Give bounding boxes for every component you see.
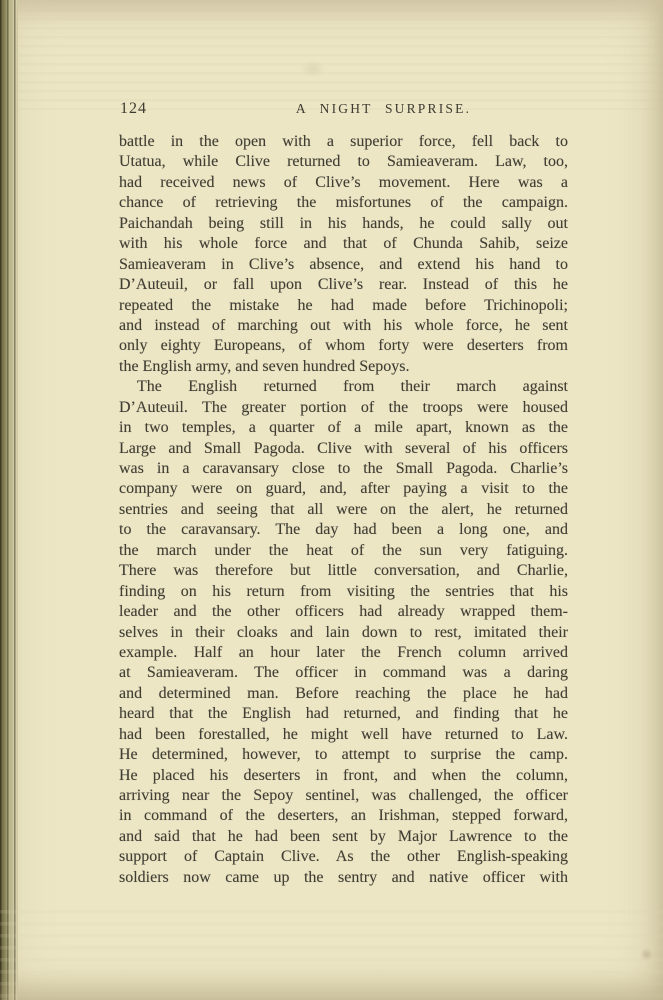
text-line: company were on guard, and, after paying… [119,479,568,499]
text-line: sentries and seeing that all were on the… [119,500,568,520]
text-line: and said that he had been sent by Major … [119,827,568,847]
text-line: had been forestalled, he might well have… [119,725,568,745]
text-line: Large and Small Pagoda. Clive with sever… [119,439,568,459]
text-line: He determined, however, to attempt to su… [119,745,568,765]
page-header: 124 A NIGHT SURPRISE. [0,100,663,122]
text-line: arriving near the Sepoy sentinel, was ch… [119,786,568,806]
book-gutter-shadow [0,0,18,1000]
text-line: and determined man. Before reaching the … [119,684,568,704]
text-line: chance of retrieving the misfortunes of … [119,193,568,213]
text-line: The English returned from their march ag… [119,377,568,397]
text-line: the English army, and seven hundred Sepo… [119,357,568,377]
text-line: had received news of Clive’s movement. H… [119,173,568,193]
text-line: leader and the other officers had alread… [119,602,568,622]
text-line: Samieaveram in Clive’s absence, and exte… [119,255,568,275]
text-line: and instead of marching out with his who… [119,316,568,336]
text-line: selves in their cloaks and lain down to … [119,623,568,643]
text-line: He placed his deserters in front, and wh… [119,766,568,786]
paper-blemish [640,948,653,961]
text-line: D’Auteuil. The greater portion of the tr… [119,398,568,418]
text-line: battle in the open with a superior force… [119,132,568,152]
text-line: at Samieaveram. The officer in command w… [119,663,568,683]
text-line: D’Auteuil, or fall upon Clive’s rear. In… [119,275,568,295]
text-line: Utatua, while Clive returned to Samieave… [119,152,568,172]
text-line: finding on his return from visiting the … [119,582,568,602]
text-line: to the caravansary. The day had been a l… [119,520,568,540]
text-line: soldiers now came up the sentry and nati… [119,868,568,888]
text-line: in two temples, a quarter of a mile apar… [119,418,568,438]
text-line: repeated the mistake he had made before … [119,296,568,316]
text-line: was in a caravansary close to the Small … [119,459,568,479]
text-line: in command of the deserters, an Irishman… [119,806,568,826]
text-line: the march under the heat of the sun very… [119,541,568,561]
page-body: battle in the open with a superior force… [119,132,568,888]
paragraph: battle in the open with a superior force… [119,132,568,377]
text-line: Paichandah being still in his hands, he … [119,214,568,234]
paper-blemish [300,60,326,78]
paragraph: The English returned from their march ag… [119,377,568,888]
running-head: A NIGHT SURPRISE. [104,101,663,117]
text-line: There was therefore but little conversat… [119,561,568,581]
text-line: with his whole force and that of Chunda … [119,234,568,254]
text-line: heard that the English had returned, and… [119,704,568,724]
book-page-scan: 124 A NIGHT SURPRISE. battle in the open… [0,0,663,1000]
text-line: support of Captain Clive. As the other E… [119,847,568,867]
text-line: only eighty Europeans, of whom forty wer… [119,336,568,356]
text-line: example. Half an hour later the French c… [119,643,568,663]
